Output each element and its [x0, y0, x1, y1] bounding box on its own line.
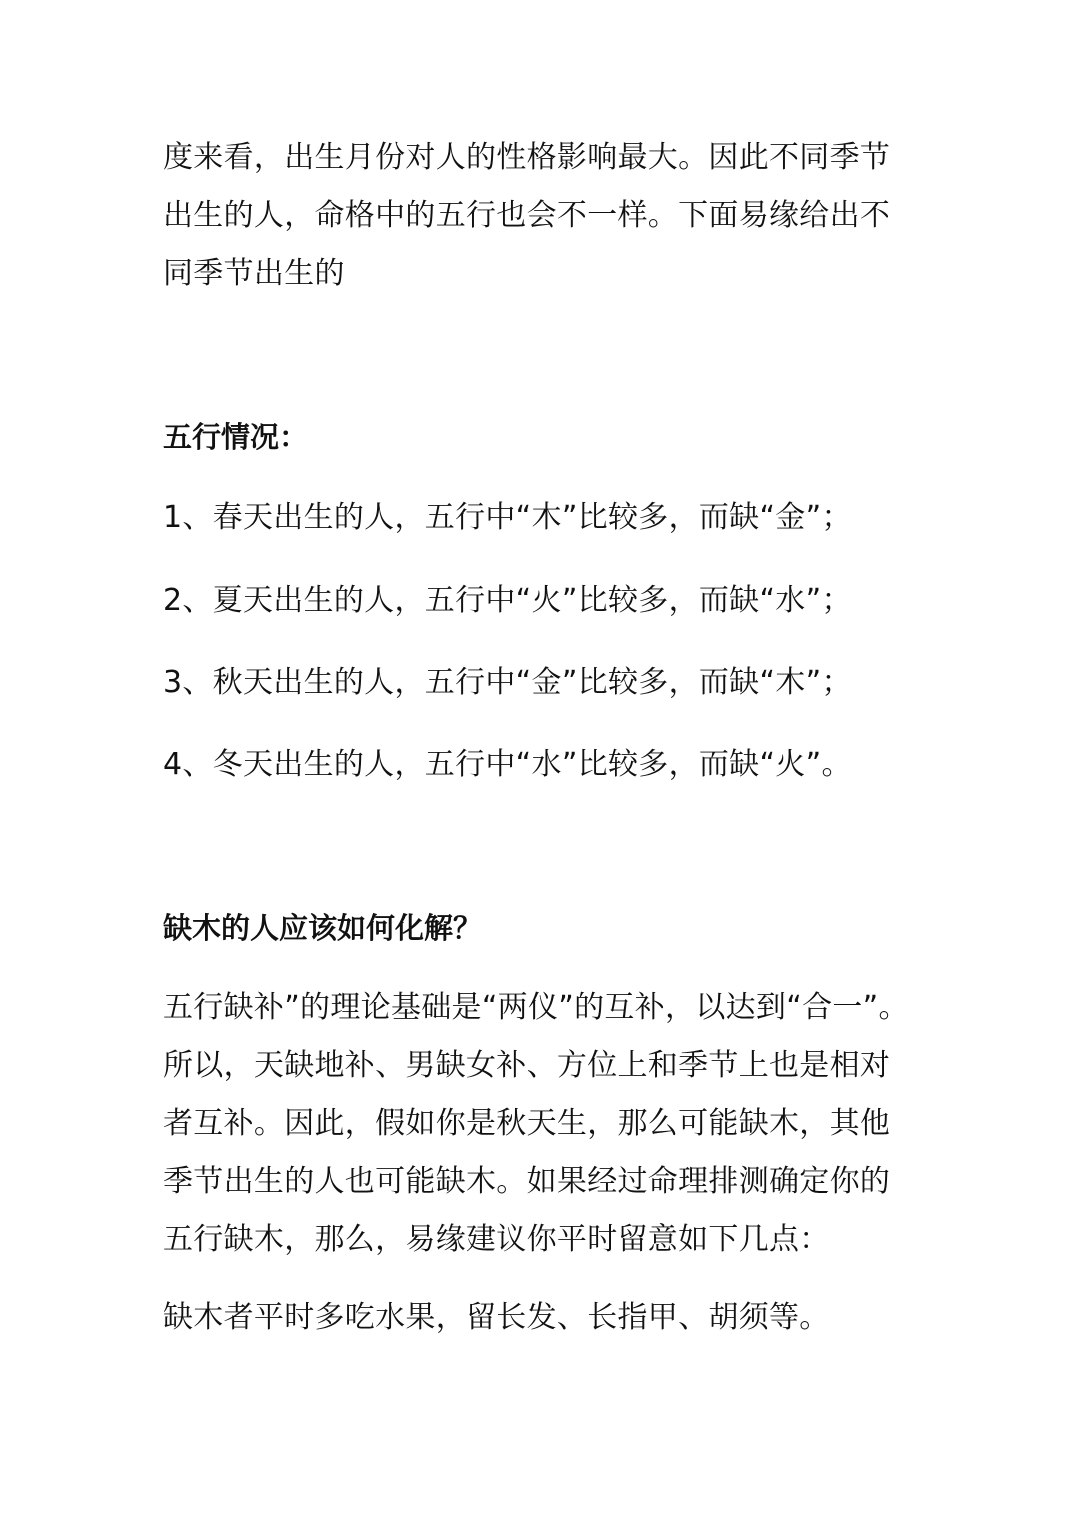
- intro-line: 度来看，出生月份对人的性格影响最大。因此不同季节: [163, 129, 903, 187]
- quemu-tip: 缺木者平时多吃水果，留长发、长指甲、胡须等。: [163, 1298, 830, 1338]
- intro-paragraph: 度来看，出生月份对人的性格影响最大。因此不同季节 出生的人，命格中的五行也会不一…: [163, 129, 903, 303]
- quemu-paragraph: 五行缺补”的理论基础是“两仪”的互补，以达到“合一”。 所以，天缺地补、男缺女补…: [163, 979, 903, 1269]
- list-item-winter: 4、冬天出生的人，五行中“水”比较多，而缺“火”。: [163, 745, 852, 785]
- list-item-summer: 2、夏天出生的人，五行中“火”比较多，而缺“水”；: [163, 581, 852, 621]
- quemu-line: 所以，天缺地补、男缺女补、方位上和季节上也是相对: [163, 1037, 903, 1095]
- quemu-line: 五行缺补”的理论基础是“两仪”的互补，以达到“合一”。: [163, 979, 903, 1037]
- quemu-line: 五行缺木，那么，易缘建议你平时留意如下几点：: [163, 1211, 903, 1269]
- list-item-autumn: 3、秋天出生的人，五行中“金”比较多，而缺“木”；: [163, 663, 852, 703]
- intro-line: 出生的人，命格中的五行也会不一样。下面易缘给出不: [163, 187, 903, 245]
- section-heading-quemu: 缺木的人应该如何化解？: [163, 908, 482, 948]
- section-heading-wuxing: 五行情况：: [163, 417, 308, 457]
- intro-line: 同季节出生的: [163, 245, 903, 303]
- quemu-line: 季节出生的人也可能缺木。如果经过命理排测确定你的: [163, 1153, 903, 1211]
- list-item-spring: 1、春天出生的人，五行中“木”比较多，而缺“金”；: [163, 498, 852, 538]
- quemu-line: 者互补。因此，假如你是秋天生，那么可能缺木，其他: [163, 1095, 903, 1153]
